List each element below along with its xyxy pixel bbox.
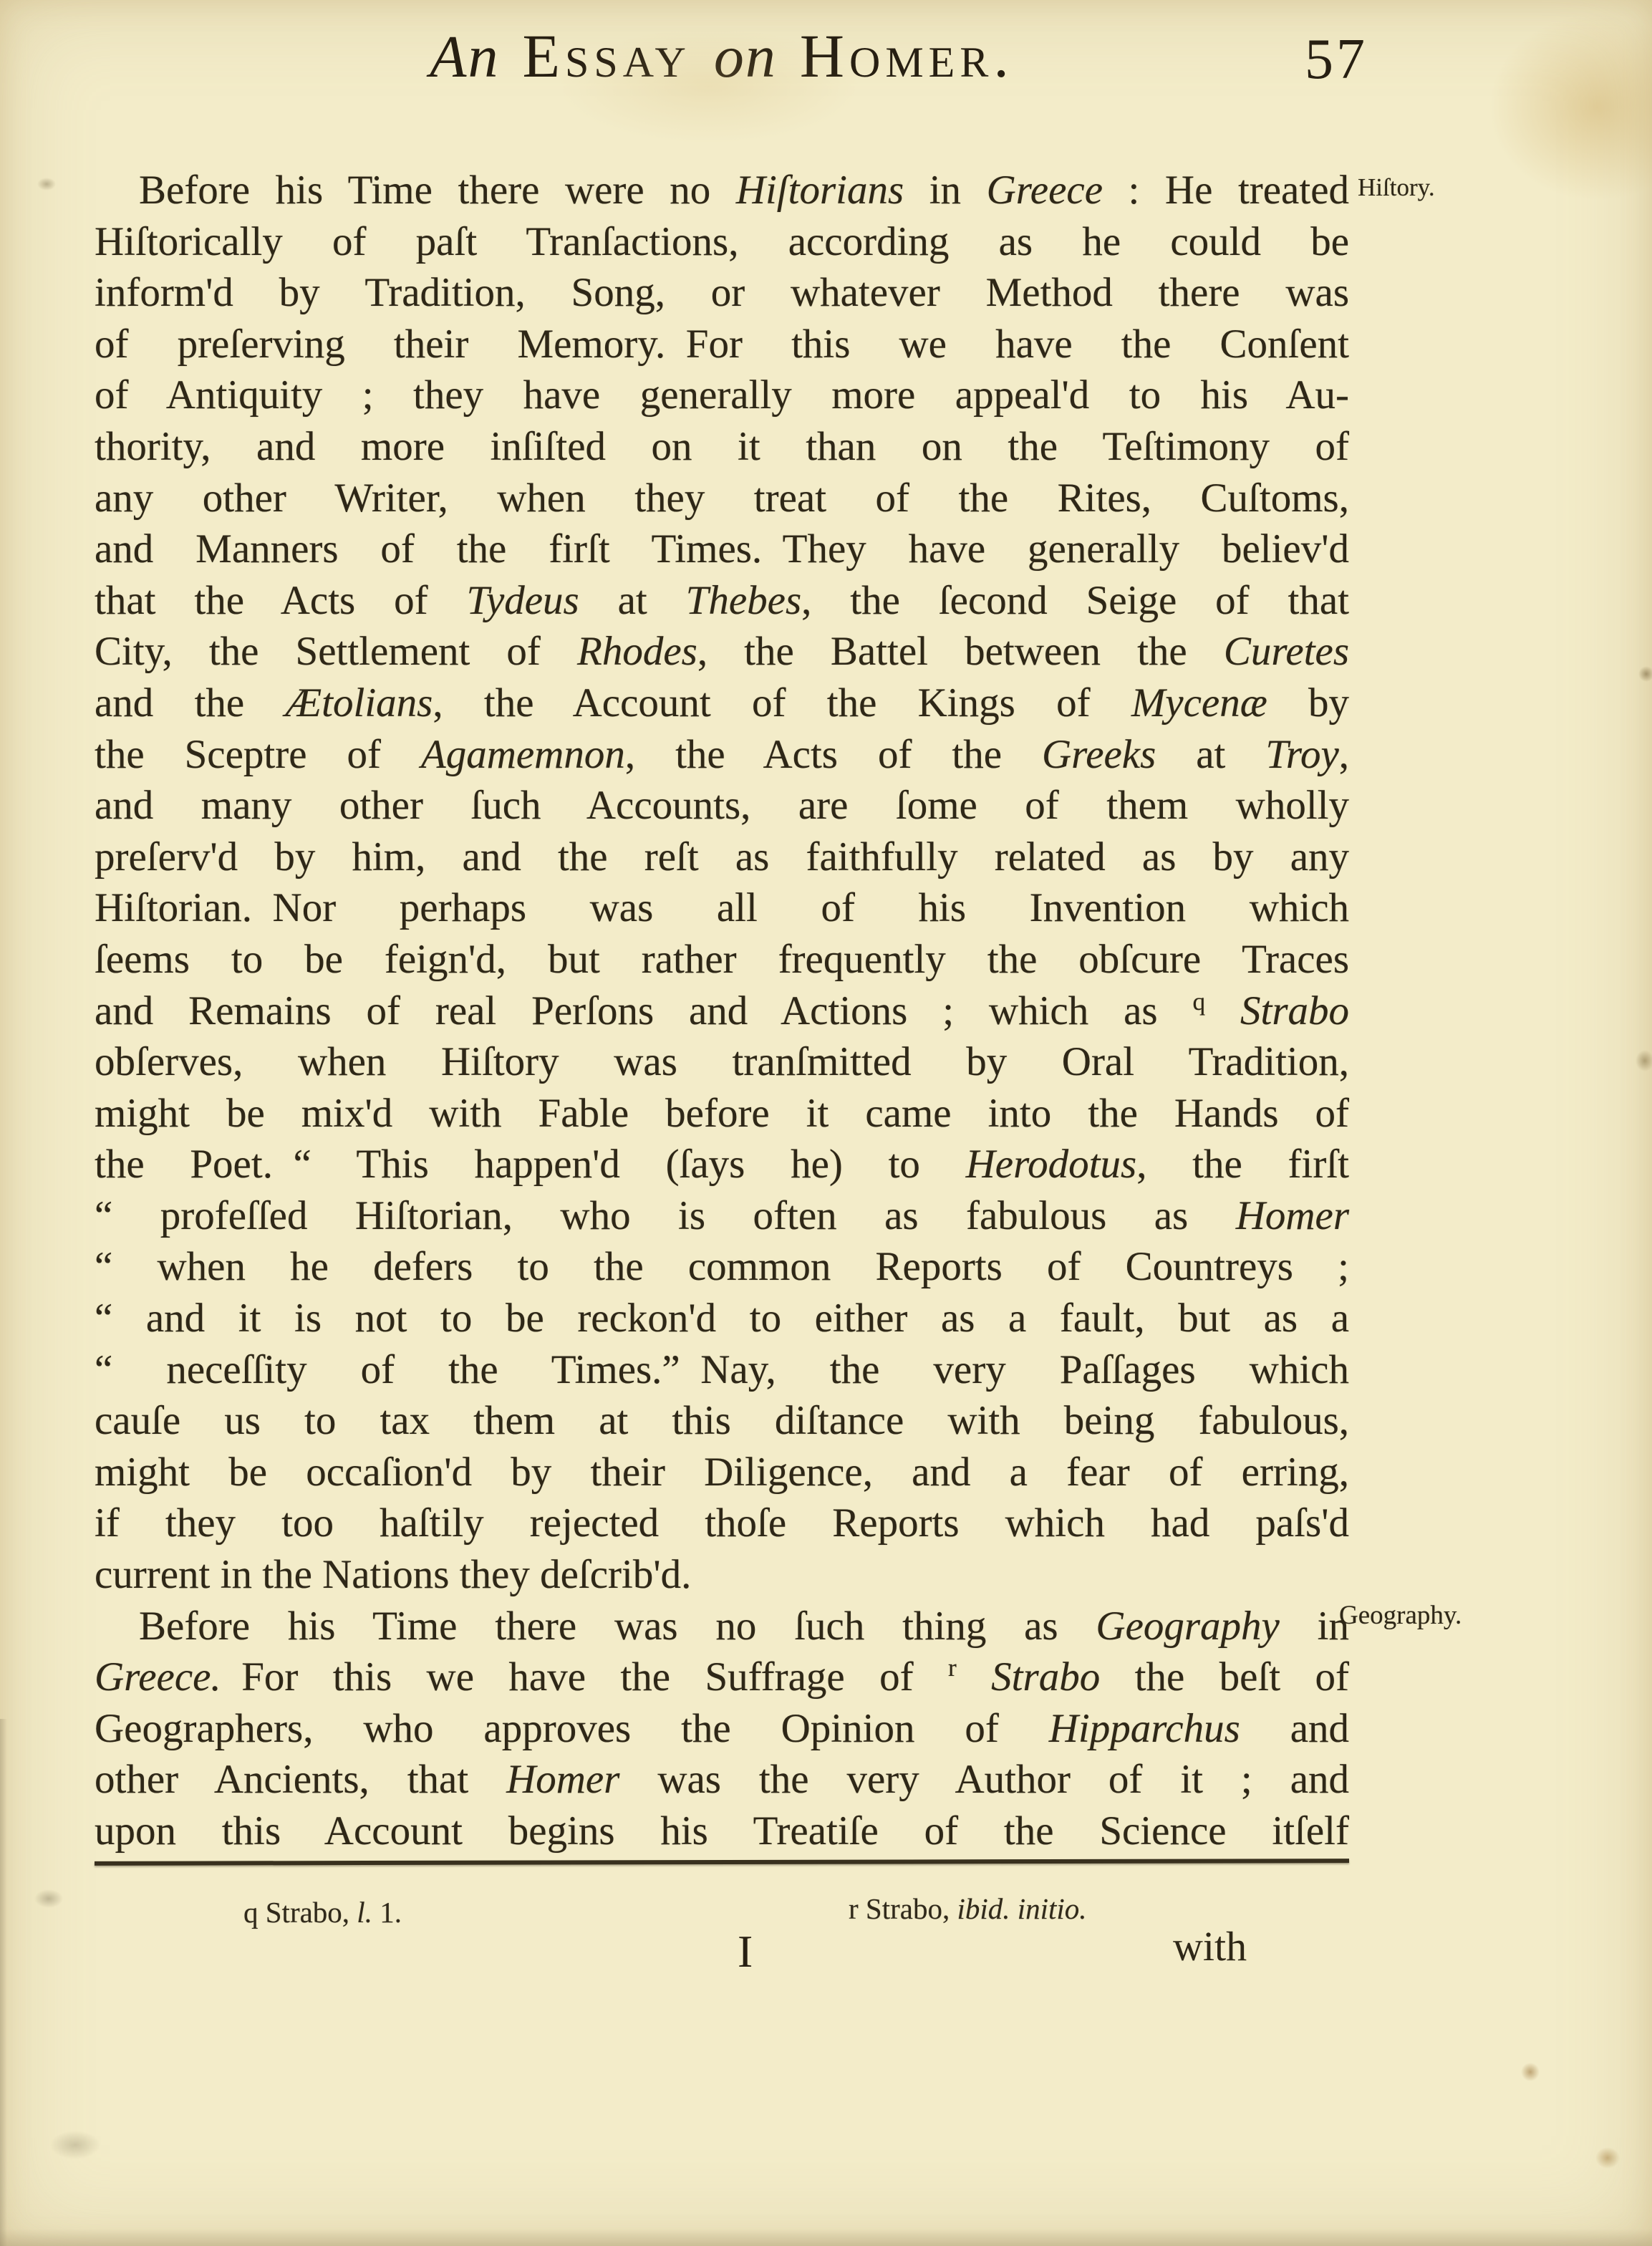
text-line: that the Acts of Tydeus at Thebes, the ſ… — [95, 575, 1349, 627]
text-line: City, the Settlement of Rhodes, the Batt… — [95, 626, 1349, 678]
text-line: Before his Time there were no Hiſtorians… — [95, 165, 1349, 216]
text-line: “ profeſſed Hiſtorian, who is often as f… — [95, 1190, 1349, 1242]
title-word-an: An — [430, 24, 499, 90]
foxing-spot-bottom-left — [34, 1889, 63, 1908]
foxing-spot-bottom-right — [1595, 2147, 1620, 2169]
text-line: current in the Nations they deſcrib'd. — [95, 1549, 1349, 1601]
text-line: Before his Time there was no ſuch thing … — [95, 1601, 1349, 1652]
footnote-separator-rule — [95, 1859, 1349, 1866]
page-number: 57 — [1305, 27, 1368, 92]
book-page-scan: An Essay on Homer. 57 Hiſtory. Geography… — [0, 0, 1652, 2246]
text-line: “ when he defers to the common Reports o… — [95, 1241, 1349, 1293]
foxing-spot-bottom-right — [1521, 2063, 1540, 2081]
text-line: and the Ætolians, the Account of the Kin… — [95, 678, 1349, 729]
title-word-on: on — [714, 24, 777, 90]
text-line: Hiſtorically of paſt Tranſactions, accor… — [95, 216, 1349, 268]
text-line: might be mix'd with Fable before it came… — [95, 1088, 1349, 1139]
page-header-title: An Essay on Homer. — [95, 20, 1349, 92]
text-line: obſerves, when Hiſtory was tranſmitted b… — [95, 1036, 1349, 1088]
margin-note-history: Hiſtory. — [1358, 173, 1644, 202]
text-line: Greece. For this we have the Suffrage of… — [95, 1652, 1349, 1703]
text-line: cauſe us to tax them at this diſtance wi… — [95, 1395, 1349, 1447]
text-line: “ neceſſity of the Times.” Nay, the very… — [95, 1344, 1349, 1396]
foxing-stain-top-right — [1489, 14, 1652, 201]
text-line: upon this Account begins his Treatiſe of… — [95, 1806, 1349, 1857]
text-line: thority, and more inſiſted on it than on… — [95, 421, 1349, 473]
title-word-homer: Homer. — [800, 21, 1014, 90]
text-line: any other Writer, when they treat of the… — [95, 473, 1349, 524]
scan-edge-shadow-left — [0, 1719, 7, 2246]
text-line: other Ancients, that Homer was the very … — [95, 1754, 1349, 1806]
text-line: ſeems to be feign'd, but rather frequent… — [95, 934, 1349, 985]
text-line: if they too haſtily rejected thoſe Repor… — [95, 1498, 1349, 1549]
text-line: “ and it is not to be reckon'd to either… — [95, 1293, 1349, 1344]
text-line: might be occaſion'd by their Diligence, … — [95, 1447, 1349, 1498]
footnote-strabo-q: q Strabo, l. 1. — [243, 1895, 402, 1929]
catchword: with — [1173, 1922, 1247, 1970]
body-text: Before his Time there were no Hiſtorians… — [95, 165, 1349, 1857]
text-line: of preſerving their Memory. For this we … — [95, 319, 1349, 370]
title-word-essay: Essay — [522, 21, 690, 90]
text-line: preſerv'd by him, and the reſt as faithf… — [95, 832, 1349, 883]
scan-edge-shadow-bottom — [0, 2229, 1652, 2246]
margin-note-geography: Geography. — [1339, 1600, 1626, 1631]
text-line: and Remains of real Perſons and Actions … — [95, 985, 1349, 1037]
text-line: of Antiquity ; they have generally more … — [95, 370, 1349, 421]
foxing-spot-right-edge — [1636, 1050, 1652, 1071]
text-line: the Poet. “ This happen'd (ſays he) to H… — [95, 1139, 1349, 1190]
text-line: Geographers, who approves the Opinion of… — [95, 1703, 1349, 1755]
text-line: and Manners of the firſt Times. They hav… — [95, 524, 1349, 575]
foxing-spot-right-edge — [1638, 666, 1652, 682]
signature-mark: I — [738, 1925, 753, 1978]
foxing-smudge-bottom-left — [50, 2131, 100, 2159]
foxing-spot-left-margin — [37, 178, 56, 191]
text-line: inform'd by Tradition, Song, or whatever… — [95, 267, 1349, 319]
text-line: the Sceptre of Agamemnon, the Acts of th… — [95, 729, 1349, 781]
text-line: and many other ſuch Accounts, are ſome o… — [95, 780, 1349, 832]
footnote-strabo-r: r Strabo, ibid. initio. — [849, 1891, 1087, 1926]
text-line: Hiſtorian. Nor perhaps was all of his In… — [95, 882, 1349, 934]
